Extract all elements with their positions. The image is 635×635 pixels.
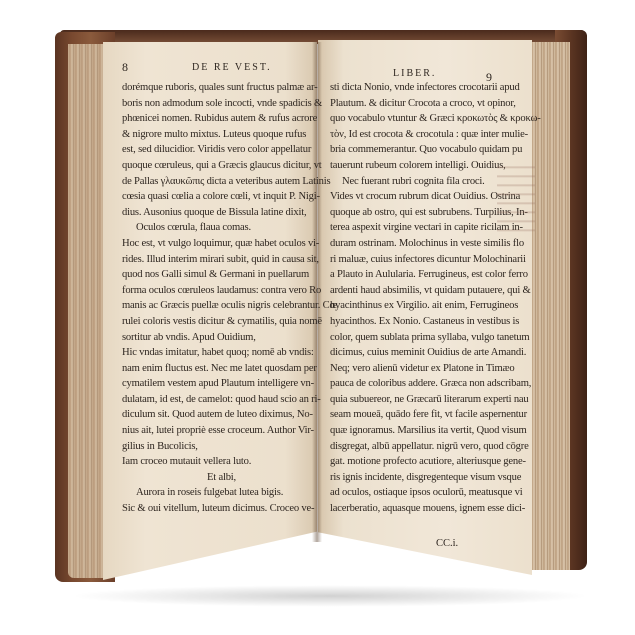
text-line: lacerberatio, aquasque mouens, ignem ess…: [330, 501, 518, 517]
text-line: dius. Ausonius quoque de Bissula latine …: [122, 205, 302, 221]
text-line: sti dicta Nonio, vnde infectores crocota…: [330, 80, 518, 96]
text-line: terea aspexit virgine vectari in capite …: [330, 220, 518, 236]
text-line: cœsia quasi cœlia a colore cœli, vt inqu…: [122, 189, 302, 205]
right-running-head: LIBER.: [393, 68, 436, 79]
text-line: sortitur ab vndis. Apud Ouidium,: [122, 330, 302, 346]
text-line: duram ostrinam. Molochinus in veste simi…: [330, 236, 518, 252]
text-line: dulatam, id est, de camelot: quod haud s…: [122, 392, 302, 408]
margin-handwriting: [497, 160, 535, 235]
text-line: cymatilem vestem apud Plautum intelliger…: [122, 376, 302, 392]
left-running-head: DE RE VEST.: [192, 62, 272, 73]
text-line: disgregat, albū appellatur. nigrū vero, …: [330, 439, 518, 455]
text-line: rides. Illud interim mirari subit, quid …: [122, 252, 302, 268]
text-line: gilius in Bucolicis,: [122, 439, 302, 455]
text-line: hyacinthos. Ex Nonio. Castaneus in vesti…: [330, 314, 518, 330]
book-shadow: [70, 585, 590, 607]
left-page-text: dorémque ruboris, quales sunt fructus pa…: [122, 80, 302, 517]
text-line: Oculos cœrula, flaua comas.: [122, 220, 302, 236]
text-line: a Plauto in Aulularia. Ferrugineus, est …: [330, 267, 518, 283]
text-line: Aurora in roseis fulgebat lutea bigis.: [122, 485, 302, 501]
text-line: boris non admodum sole incocti, vnde spa…: [122, 96, 302, 112]
text-line: Nec fuerant rubri cognita fila croci.: [330, 174, 518, 190]
text-line: pauca de coloribus addere. Græca non ads…: [330, 376, 518, 392]
text-line: de Pallas γλαυκῶπις dicta a veteribus au…: [122, 174, 302, 190]
left-folio: 8: [122, 60, 128, 75]
text-line: diculum sit. Quod autem de luteo diximus…: [122, 407, 302, 423]
text-line: quod nos Galli simul & Germani in puella…: [122, 267, 302, 283]
text-line: quæ ignoramus. Marsilius ita vertit, Quo…: [330, 423, 518, 439]
text-line: Plautum. & dicitur Crocota a croco, vt o…: [330, 96, 518, 112]
text-line: Vides vt crocum rubrum dicat Ouidius. Os…: [330, 189, 518, 205]
text-line: ardenti haud absimilis, vt quidam putaue…: [330, 283, 518, 299]
text-line: Et albi,: [122, 470, 302, 486]
right-page-text: sti dicta Nonio, vnde infectores crocota…: [330, 80, 518, 517]
text-line: ris ignis incidente, disgregenteque visu…: [330, 470, 518, 486]
text-line: τὸν, Id est crocota & crocotula : quæ in…: [330, 127, 518, 143]
left-page-edges: [68, 44, 108, 578]
book-photo: 8 DE RE VEST. LIBER. 9 dorémque ruboris,…: [0, 0, 635, 635]
text-line: Iam croceo mutauit vellera luto.: [122, 454, 302, 470]
text-line: Sic & oui vitellum, luteum dicimus. Croc…: [122, 501, 302, 517]
text-line: Neq; vero alienū videtur ex Platone in T…: [330, 361, 518, 377]
signature-mark: CC.i.: [436, 538, 458, 549]
text-line: quo vocabulo vtuntur & Græci κροκωτὸς & …: [330, 111, 518, 127]
text-line: manis ac Græcis puellæ oculis nigris cel…: [122, 298, 302, 314]
text-line: nius ait, lutei propriè esse croceum. Au…: [122, 423, 302, 439]
text-line: ad oculos, ostiaque ipsos oculorū, meatu…: [330, 485, 518, 501]
text-line: forma oculos cœruleos laudamus: contra v…: [122, 283, 302, 299]
text-line: quia subuereor, ne Græcarū literarum exp…: [330, 392, 518, 408]
text-line: Hoc est, vt vulgo loquimur, quæ habet oc…: [122, 236, 302, 252]
text-line: ri maluæ, cuius infectores dicuntur Molo…: [330, 252, 518, 268]
text-line: hyacinthinus ex Virgilio. ait enim, Ferr…: [330, 298, 518, 314]
text-line: bria commemerantur. Quo vocabulo quidam …: [330, 142, 518, 158]
text-line: quoque cœruleus, qui a Græcis glaucus di…: [122, 158, 302, 174]
text-line: & nigrore multo mixtus. Luteus quoque ru…: [122, 127, 302, 143]
text-line: tauerunt rubeum colorem intelligi. Ouidi…: [330, 158, 518, 174]
text-line: seam moueā, quādo fere fit, vt facile as…: [330, 407, 518, 423]
text-line: dicimus, cuius meminit Ouidius de arte A…: [330, 345, 518, 361]
text-line: phœnicei nomen. Rubidus autem & rufus ac…: [122, 111, 302, 127]
text-line: color, quem sublata prima syllaba, vulgo…: [330, 330, 518, 346]
text-line: rulei coloris vestis dicitur & cymatilis…: [122, 314, 302, 330]
text-line: quoque ab ostro, qui est subrubens. Turp…: [330, 205, 518, 221]
text-line: Hic vndas imitatur, habet quoq; nomē ab …: [122, 345, 302, 361]
text-line: nam enim fluctus est. Nec me latet quosd…: [122, 361, 302, 377]
text-line: gat. motione profecto acutiore, alterius…: [330, 454, 518, 470]
text-line: est, sed dilucidior. Viridis vero color …: [122, 142, 302, 158]
text-line: dorémque ruboris, quales sunt fructus pa…: [122, 80, 302, 96]
